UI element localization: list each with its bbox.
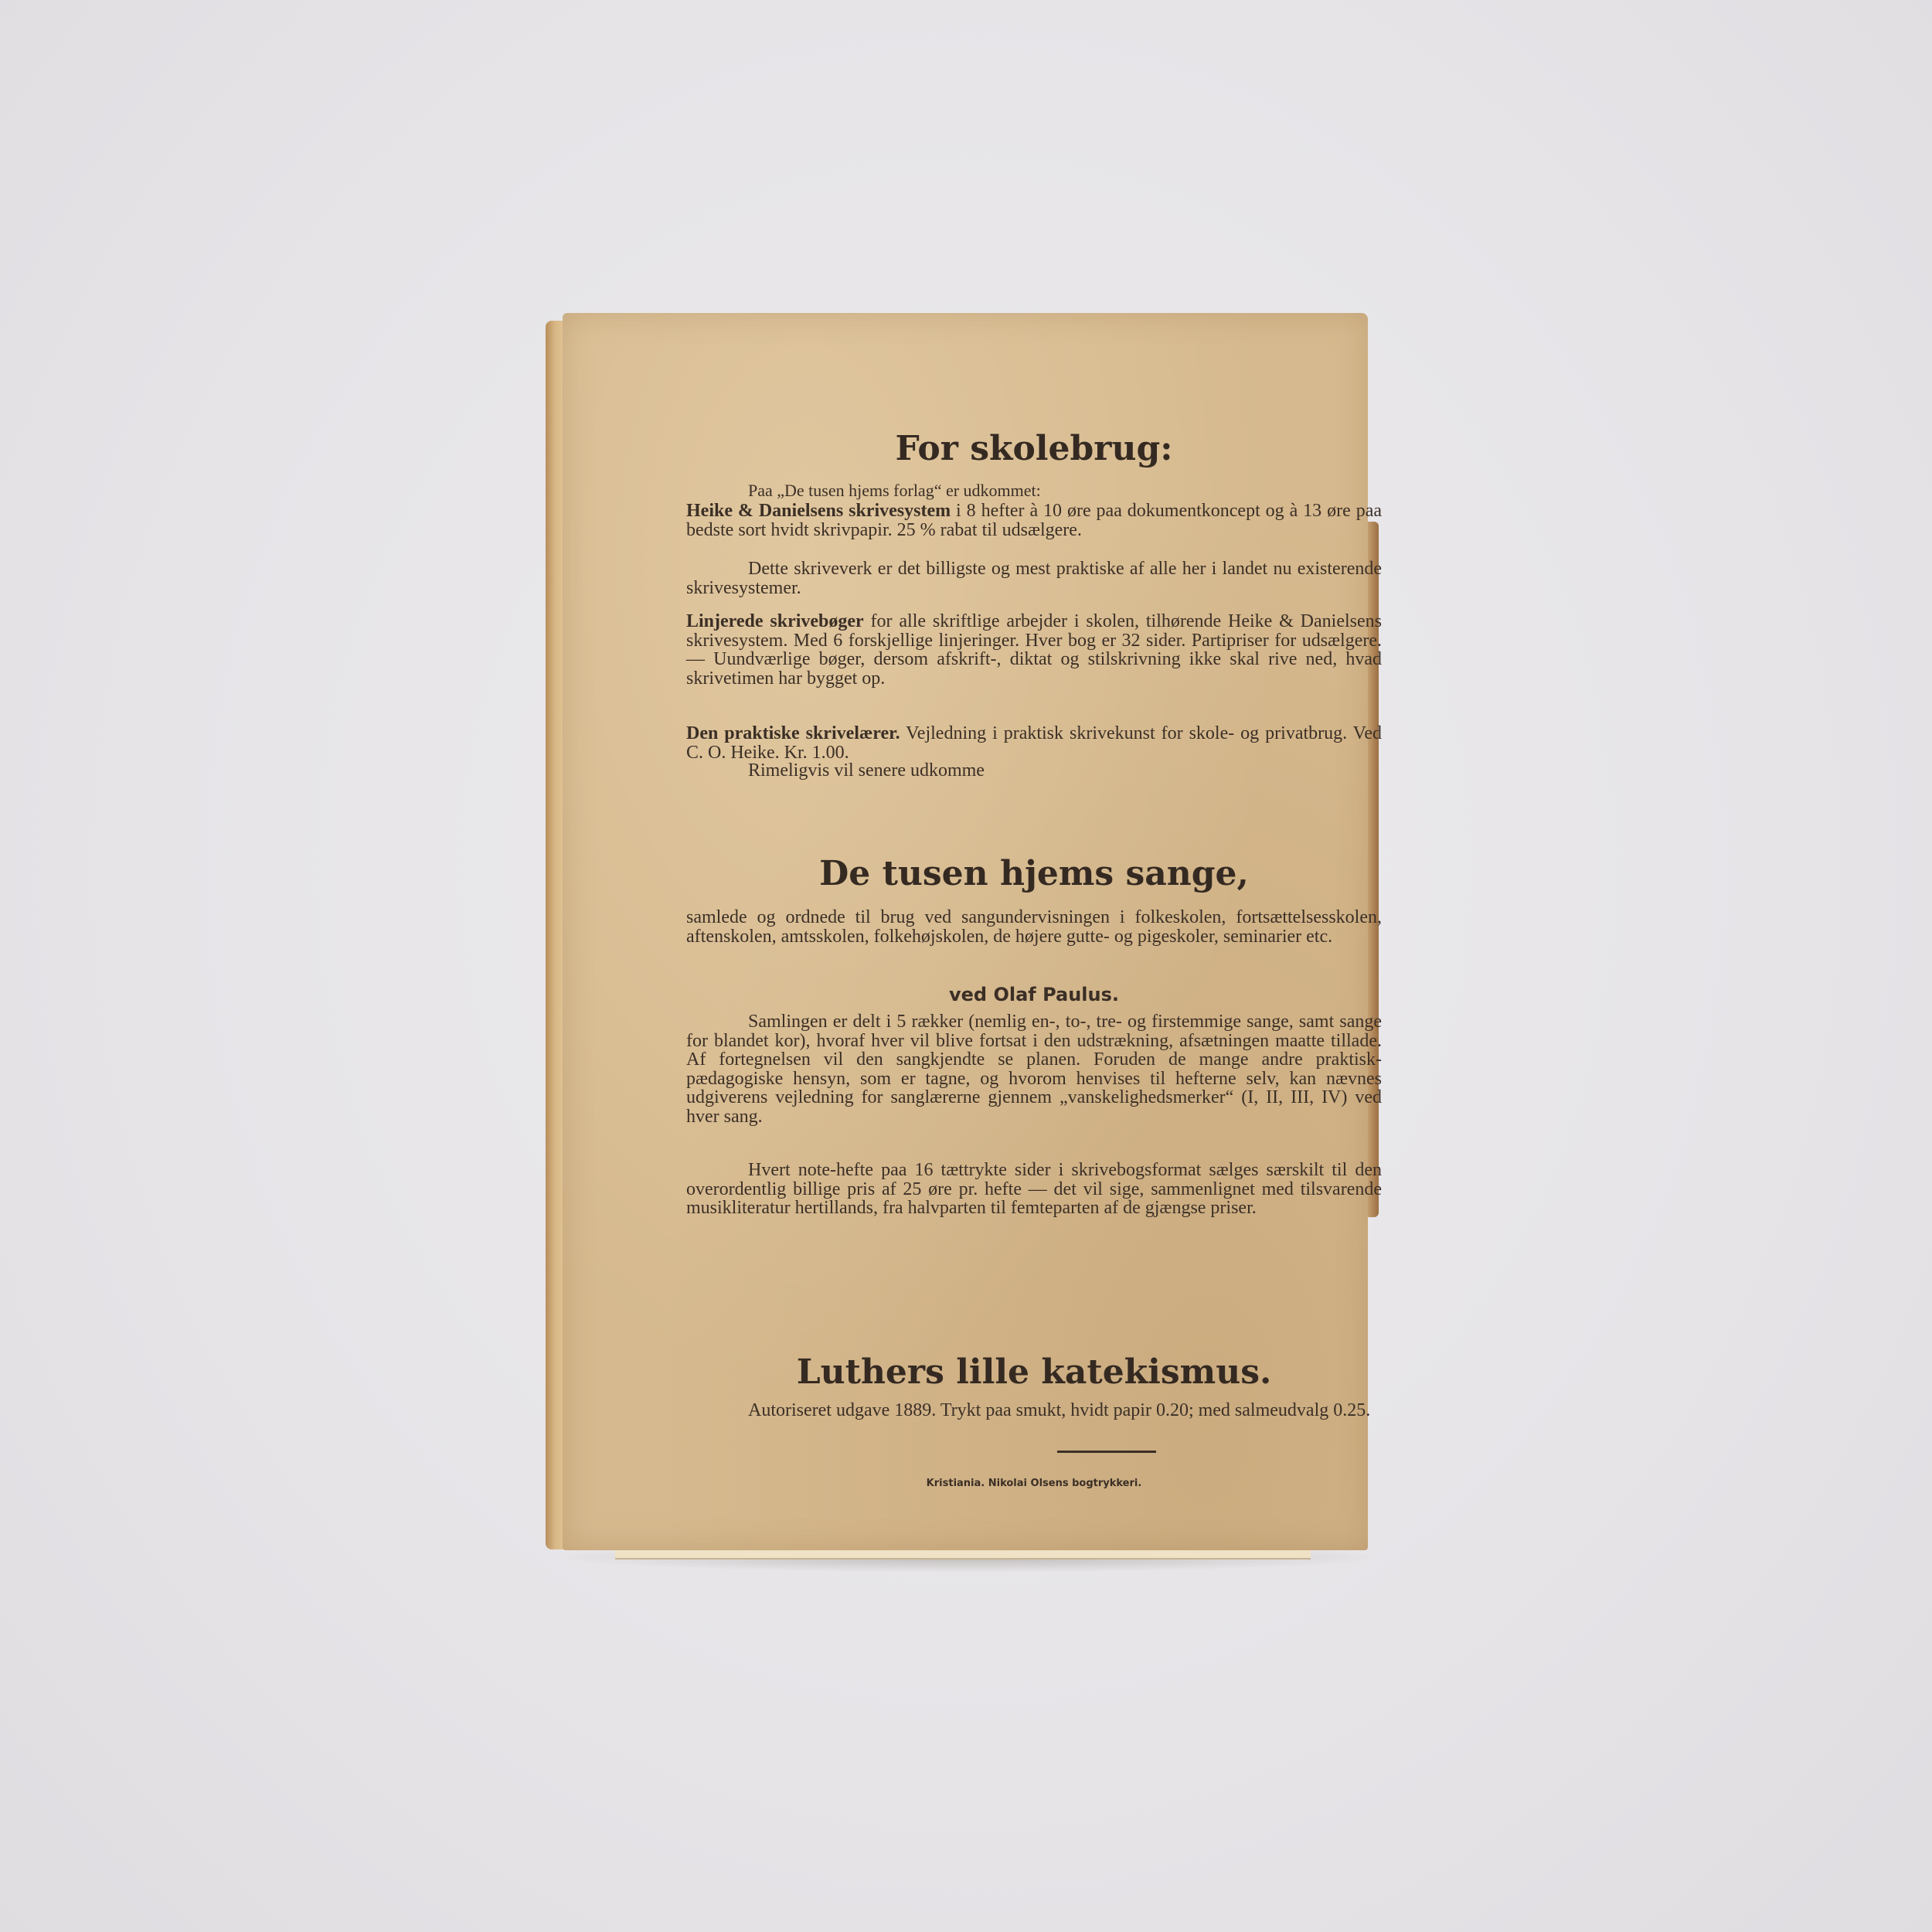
back-cover: For skolebrug: Paa „De tusen hjems forla… (563, 313, 1368, 1550)
songs-byline: ved Olaf Paulus. (686, 985, 1382, 1005)
songs-para-2: Hvert note-hefte paa 16 tættrykte sider … (686, 1161, 1382, 1218)
heading-tusen-hjems-sange: De tusen hjems sange, (686, 854, 1382, 893)
katekismus-text: Autoriseret udgave 1889. Trykt paa smukt… (686, 1401, 1382, 1420)
heading-katekismus: Luthers lille katekismus. (686, 1352, 1382, 1392)
item-skrivesystem: Heike & Danielsens skrivesystem i 8 heft… (686, 502, 1382, 539)
item-skrivelærer: Den praktiske skrivelærer. Vejledning i … (686, 724, 1382, 762)
item-skrivelærer-title: Den praktiske skrivelærer. (686, 723, 900, 743)
printer-imprint: Kristiania. Nikolai Olsens bogtrykkeri. (686, 1478, 1382, 1489)
booklet: For skolebrug: Paa „De tusen hjems forla… (546, 313, 1368, 1561)
heading-for-skolebrug: For skolebrug: (686, 429, 1382, 468)
item-skrivebøger: Linjerede skrivebøger for alle skriftlig… (686, 612, 1382, 688)
item-skrivesystem-title: Heike & Danielsens skrivesystem (686, 501, 951, 521)
item-skrivesystem-note: Dette skriveverk er det billigste og mes… (686, 560, 1382, 597)
item-skrivebøger-title: Linjerede skrivebøger (686, 611, 864, 631)
item-skrivelærer-note: Rimeligvis vil senere udkomme (686, 761, 1382, 781)
songs-subtitle: samlede og ordnede til brug ved sangunde… (686, 908, 1382, 946)
divider-rule (1057, 1451, 1156, 1453)
intro-line: Paa „De tusen hjems forlag“ er udkommet: (686, 481, 1382, 501)
songs-para-1: Samlingen er delt i 5 rækker (nemlig en-… (686, 1012, 1382, 1126)
